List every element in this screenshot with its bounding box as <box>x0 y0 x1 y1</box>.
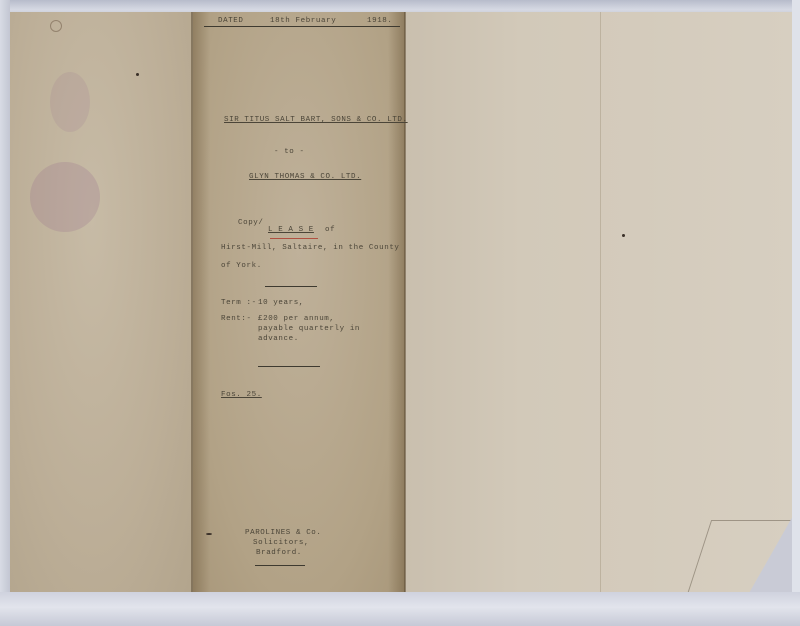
of-text: of <box>325 225 335 235</box>
lessor-name: SIR TITUS SALT BART, SONS & CO. LTD. <box>224 115 408 125</box>
year-value: 1918. <box>367 16 393 26</box>
copy-mark: Copy/ <box>238 218 264 228</box>
rent-line-2: payable quarterly in <box>258 324 360 334</box>
property-line-2: of York. <box>221 261 262 271</box>
solicitor-title: Solicitors, <box>253 538 309 548</box>
header-rule <box>204 26 400 27</box>
fold-crease-right <box>404 12 406 600</box>
rent-label: Rent:- <box>221 314 252 324</box>
ink-stain <box>30 162 100 232</box>
date-value: 18th February <box>270 16 336 26</box>
rent-line-3: advance. <box>258 334 299 344</box>
dated-label: DATED <box>218 16 244 26</box>
term-value: 10 years, <box>258 298 304 308</box>
fold-crease-faint <box>600 12 601 600</box>
ink-spot <box>622 234 625 237</box>
ink-spot <box>136 73 139 76</box>
section-rule-2 <box>258 366 320 367</box>
parties-connector: - to - <box>274 147 305 157</box>
backdrop-bottom <box>0 592 800 626</box>
solicitor-city: Bradford. <box>256 548 302 558</box>
section-rule-1 <box>265 286 317 287</box>
solicitor-name: PAROLINES & Co. <box>245 528 322 538</box>
fold-crease-left <box>191 12 193 600</box>
term-label: Term :- <box>221 298 257 308</box>
backdrop-right <box>792 0 800 626</box>
lessee-name: GLYN THOMAS & CO. LTD. <box>249 172 361 182</box>
property-line-1: Hirst-Mill, Saltaire, in the County <box>221 243 400 253</box>
document-paper <box>10 12 792 600</box>
ink-stain <box>50 72 90 132</box>
document-type: L E A S E <box>268 225 314 235</box>
rent-line-1: £200 per annum, <box>258 314 335 324</box>
ink-spot <box>206 533 212 535</box>
red-underline <box>270 238 318 239</box>
folios: Fos. 25. <box>221 390 262 400</box>
footer-rule <box>255 565 305 566</box>
left-fold-panel <box>10 12 193 600</box>
punch-hole <box>50 20 62 32</box>
backdrop-left <box>0 0 10 626</box>
right-fold-panel <box>405 12 792 600</box>
